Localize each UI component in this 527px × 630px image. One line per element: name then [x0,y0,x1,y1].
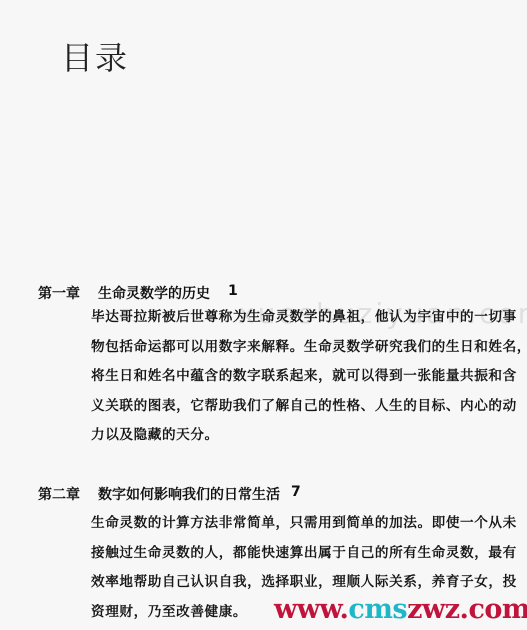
watermark-suffix: zwz.com [407,594,527,625]
chapter-page-number: 7 [291,484,301,500]
summary-line: 生命灵数的计算方法非常简单，只需用到简单的加法。即使一个从未 [91,509,511,539]
summary-line: 将生日和姓名中蕴含的数字联系起来，就可以得到一张能量共振和含 [91,362,511,392]
summary-line: 接触过生命灵数的人，都能快速算出属于自己的所有生命灵数，最有 [91,539,511,569]
summary-line: 毕达哥拉斯被后世尊称为生命灵数学的鼻祖，他认为宇宙中的一切事 [91,303,511,333]
chapter-number: 第二章 [38,484,80,504]
chapter-summary-1: 毕达哥拉斯被后世尊称为生命灵数学的鼻祖，他认为宇宙中的一切事 物包括命运都可以用… [91,303,511,451]
summary-line: 物包括命运都可以用数字来解释。生命灵数学研究我们的生日和姓名， [91,333,511,363]
summary-line: 义关联的图表，它帮助我们了解自己的性格、人生的目标、内心的动 [91,392,511,422]
summary-line: 力以及隐藏的天分。 [91,421,511,451]
watermark-highlight: cms [348,594,407,625]
chapter-title: 生命灵数学的历史 [98,283,210,303]
page-title: 目录 [61,33,129,79]
watermark-prefix: www. [274,594,348,625]
chapter-page-number: 1 [228,283,238,299]
chapter-title: 数字如何影响我们的日常生活 [98,484,280,504]
chapter-number: 第一章 [38,283,80,303]
site-watermark: www.cmszwz.com [274,594,527,625]
